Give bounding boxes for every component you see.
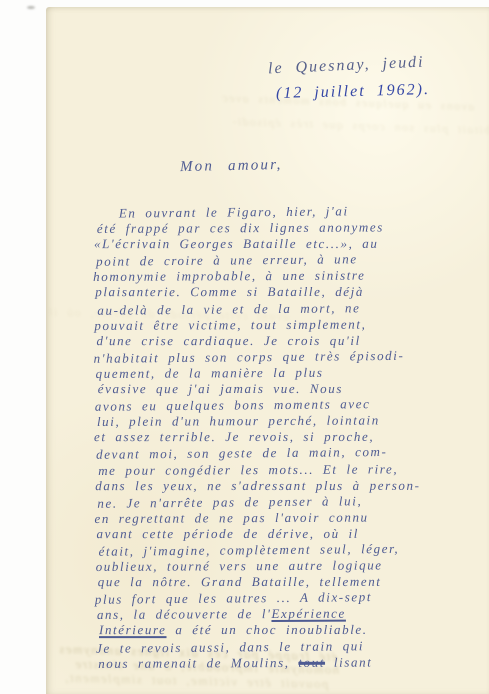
letter-line: avant cette période de dérive, où il <box>96 526 468 542</box>
letter-line: nous ramenait de Moulins, tout lisant <box>98 654 469 672</box>
letter-line: Intérieure a été un choc inoubliable. <box>99 622 469 638</box>
letter-line: homonymie improbable, à une sinistre <box>93 267 467 285</box>
letter-line: d'une crise cardiaque. Je crois qu'il <box>96 333 467 349</box>
letter-line: ans, la découverte de l'Expérience <box>97 605 469 623</box>
letter-line: pouvait être victime, tout simplement, <box>94 316 467 334</box>
date-line: (12 juillet 1962). <box>276 81 430 103</box>
letter-body: En ouvrant le Figaro, hier, j'aiété frap… <box>95 203 469 672</box>
place-line: le Quesnay, jeudi <box>268 54 425 79</box>
letter-scan: été frappé par ces dix lignes anonymesho… <box>0 0 489 694</box>
letter-line: quement, de la manière la plus <box>96 364 468 382</box>
letter-line: été frappé par ces dix lignes anonymes <box>97 219 467 237</box>
letter-line: plaisanterie. Comme si Bataille, déjà <box>95 284 467 300</box>
letter-line: oublieux, tourné vers une autre logique <box>96 557 469 575</box>
scan-speck <box>27 6 35 9</box>
salutation: Mon amour, <box>180 157 283 176</box>
letter-line: me pour congédier les mots... Et le rire… <box>98 461 468 479</box>
ink-showthrough: pouvait être victime, tout simplement, <box>64 670 329 692</box>
letter-line: dans les yeux, ne s'adressant plus à per… <box>95 477 468 493</box>
letter-line: lui, plein d'un humour perché, lointain <box>97 412 468 430</box>
letter-line: en regrettant de ne pas l'avoir connu <box>94 509 468 527</box>
ink-showthrough: n'habitait plus son corps que très épiso… <box>231 114 489 139</box>
letter-paper: été frappé par ces dix lignes anonymesho… <box>46 7 489 694</box>
